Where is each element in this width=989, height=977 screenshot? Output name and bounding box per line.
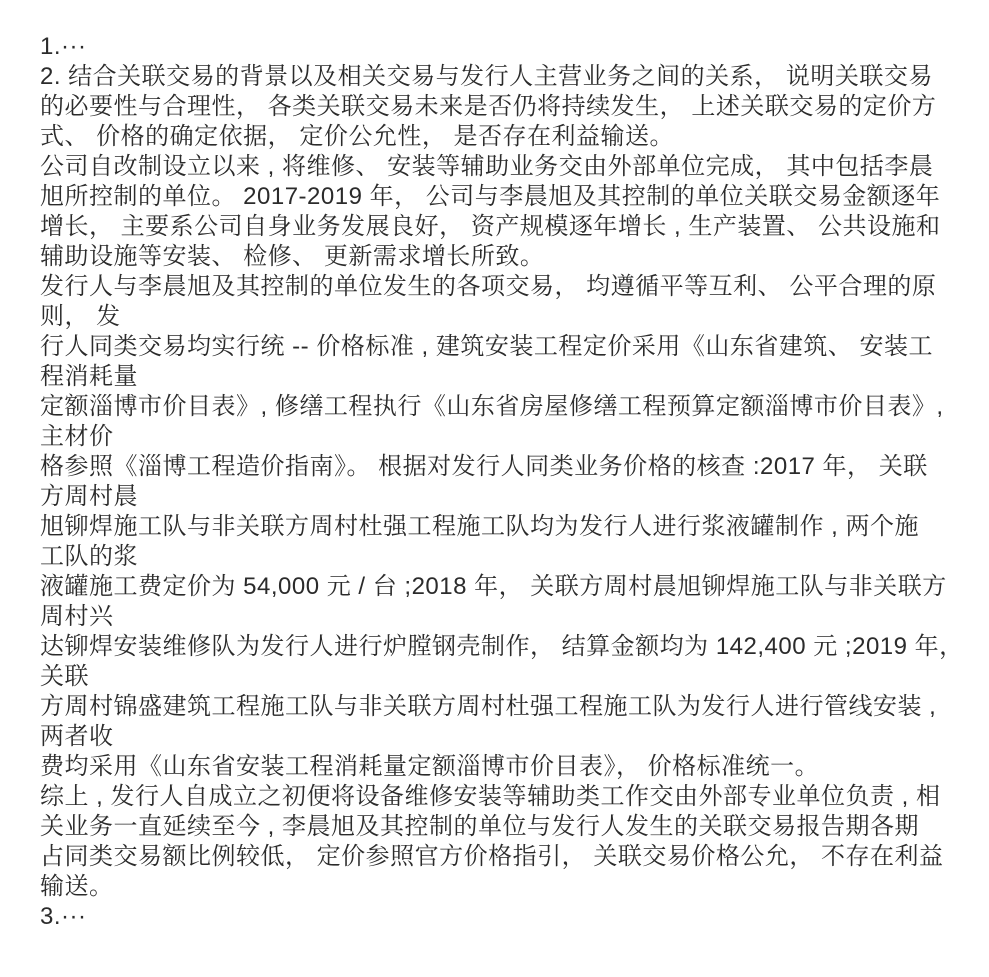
text-line: 格参照《淄博工程造价指南》。 根据对发行人同类业务价格的核查 :2017 年， … xyxy=(40,452,965,482)
text-line: 费均采用《山东省安装工程消耗量定额淄博市价目表》， 价格标准统一。 xyxy=(40,752,965,782)
text-line: 周村兴 xyxy=(40,602,965,632)
text-line: 公司自改制设立以来 , 将维修、 安装等辅助业务交由外部单位完成， 其中包括李晨 xyxy=(40,152,965,182)
text-line: 行人同类交易均实行统 -- 价格标准 , 建筑安装工程定价采用《山东省建筑、 安… xyxy=(40,332,965,362)
text-line: 3.··· xyxy=(40,902,965,932)
text-line: 关业务一直延续至今 , 李晨旭及其控制的单位与发行人发生的关联交易报告期各期 xyxy=(40,812,965,842)
text-line: 液罐施工费定价为 54,000 元 / 台 ;2018 年， 关联方周村晨旭铆焊… xyxy=(40,572,965,602)
text-line: 两者收 xyxy=(40,722,965,752)
text-line: 式、 价格的确定依据， 定价公允性， 是否存在利益输送。 xyxy=(40,122,965,152)
text-line: 旭铆焊施工队与非关联方周村杜强工程施工队均为发行人进行浆液罐制作 , 两个施 xyxy=(40,512,965,542)
text-line: 辅助设施等安装、 检修、 更新需求增长所致。 xyxy=(40,242,965,272)
text-line: 方周村锦盛建筑工程施工队与非关联方周村杜强工程施工队为发行人进行管线安装 , xyxy=(40,692,965,722)
text-line: 的必要性与合理性， 各类关联交易未来是否仍将持续发生， 上述关联交易的定价方 xyxy=(40,92,965,122)
text-line: 1.··· xyxy=(40,32,965,62)
document-page: 1.···2. 结合关联交易的背景以及相关交易与发行人主营业务之间的关系， 说明… xyxy=(0,0,989,977)
text-line: 增长， 主要系公司自身业务发展良好， 资产规模逐年增长 , 生产装置、 公共设施… xyxy=(40,212,965,242)
text-line: 主材价 xyxy=(40,422,965,452)
text-line: 发行人与李晨旭及其控制的单位发生的各项交易， 均遵循平等互利、 公平合理的原 xyxy=(40,272,965,302)
text-line: 方周村晨 xyxy=(40,482,965,512)
text-line: 2. 结合关联交易的背景以及相关交易与发行人主营业务之间的关系， 说明关联交易 xyxy=(40,62,965,92)
text-line: 达铆焊安装维修队为发行人进行炉膛钢壳制作， 结算金额均为 142,400 元 ;… xyxy=(40,632,965,662)
text-line: 旭所控制的单位。 2017-2019 年， 公司与李晨旭及其控制的单位关联交易金… xyxy=(40,182,965,212)
text-line: 关联 xyxy=(40,662,965,692)
text-line: 则， 发 xyxy=(40,302,965,332)
text-line: 工队的浆 xyxy=(40,542,965,572)
document-text-block: 1.···2. 结合关联交易的背景以及相关交易与发行人主营业务之间的关系， 说明… xyxy=(40,32,965,932)
text-line: 程消耗量 xyxy=(40,362,965,392)
text-line: 定额淄博市价目表》, 修缮工程执行《山东省房屋修缮工程预算定额淄博市价目表》, xyxy=(40,392,965,422)
text-line: 占同类交易额比例较低， 定价参照官方价格指引， 关联交易价格公允， 不存在利益 xyxy=(40,842,965,872)
text-line: 综上 , 发行人自成立之初便将设备维修安装等辅助类工作交由外部专业单位负责 , … xyxy=(40,782,965,812)
text-line: 输送。 xyxy=(40,872,965,902)
